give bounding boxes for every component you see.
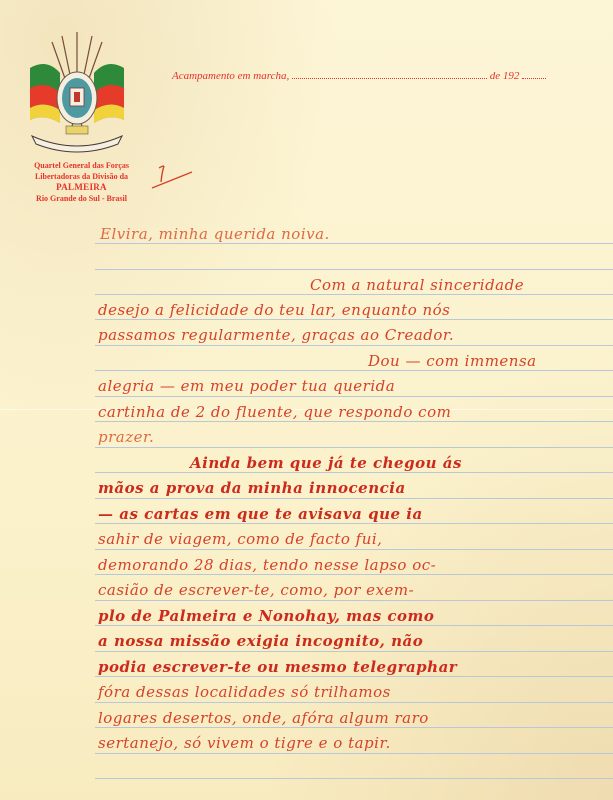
ruled-line bbox=[95, 778, 613, 779]
letter-line: a nossa missão exigia incognito, não bbox=[98, 632, 423, 650]
date-suffix: de 192 bbox=[490, 70, 520, 82]
ruled-line bbox=[95, 549, 613, 550]
letter-line: prazer. bbox=[98, 428, 154, 446]
org-line-palmeira: PALMEIRA bbox=[14, 182, 149, 193]
letter-line: passamos regularmente, graças ao Creador… bbox=[98, 326, 454, 344]
ruled-line bbox=[95, 472, 613, 473]
ruled-line bbox=[95, 753, 613, 754]
org-line: Libertadoras da Divisão da bbox=[14, 171, 149, 182]
ruled-line bbox=[95, 243, 613, 244]
ruled-line bbox=[95, 447, 613, 448]
ruled-line bbox=[95, 574, 613, 575]
ruled-line bbox=[95, 702, 613, 703]
place-prefix: Acampamento em marcha, bbox=[172, 70, 289, 82]
letter-line: — as cartas em que te avisava que ia bbox=[98, 505, 423, 523]
year-blank bbox=[522, 70, 546, 79]
letter-line: fóra dessas localidades só trilhamos bbox=[98, 683, 391, 701]
letter-line: Dou — com immensa bbox=[368, 352, 537, 370]
letter-line: alegria — em meu poder tua querida bbox=[98, 377, 395, 395]
ruled-line bbox=[95, 319, 613, 320]
ruled-line bbox=[95, 676, 613, 677]
place-blank bbox=[292, 70, 487, 79]
ruled-line bbox=[95, 294, 613, 295]
letter-line: casião de escrever-te, como, por exem- bbox=[98, 581, 414, 599]
letter-greeting: Elvira, minha querida noiva. bbox=[100, 225, 330, 243]
ruled-line bbox=[95, 727, 613, 728]
ruled-line bbox=[95, 651, 613, 652]
letter-line: desejo a felicidade do teu lar, enquanto… bbox=[98, 301, 450, 319]
letterhead-organization: Quartel General das Forças Libertadoras … bbox=[14, 160, 149, 204]
ruled-line bbox=[95, 523, 613, 524]
org-line: Rio Grande do Sul - Brasil bbox=[14, 193, 149, 204]
letter-line: cartinha de 2 do fluente, que respondo c… bbox=[98, 403, 451, 421]
ruled-line bbox=[95, 370, 613, 371]
ruled-line bbox=[95, 498, 613, 499]
letter-line: demorando 28 dias, tendo nesse lapso oc- bbox=[98, 556, 436, 574]
ruled-line bbox=[95, 600, 613, 601]
letter-line: Com a natural sinceridade bbox=[310, 276, 524, 294]
ruled-line bbox=[95, 345, 613, 346]
ruled-line bbox=[95, 421, 613, 422]
letter-line: mãos a prova da minha innocencia bbox=[98, 479, 406, 497]
letter-line: Ainda bem que já te chegou ás bbox=[190, 454, 462, 472]
letter-line: logares desertos, onde, afóra algum raro bbox=[98, 709, 429, 727]
page-number-mark bbox=[150, 160, 195, 190]
ruled-line bbox=[95, 269, 613, 270]
org-line: Quartel General das Forças bbox=[14, 160, 149, 171]
letter-line: podia escrever-te ou mesmo telegraphar bbox=[98, 658, 457, 676]
ruled-line bbox=[95, 396, 613, 397]
coat-of-arms-icon bbox=[22, 28, 132, 156]
letter-line: plo de Palmeira e Nonohay, mas como bbox=[98, 607, 434, 625]
place-date-line: Acampamento em marcha, de 192 bbox=[172, 70, 592, 86]
letter-line: sertanejo, só vivem o tigre e o tapir. bbox=[98, 734, 391, 752]
ruled-line bbox=[95, 625, 613, 626]
letter-line: sahir de viagem, como de facto fui, bbox=[98, 530, 382, 548]
